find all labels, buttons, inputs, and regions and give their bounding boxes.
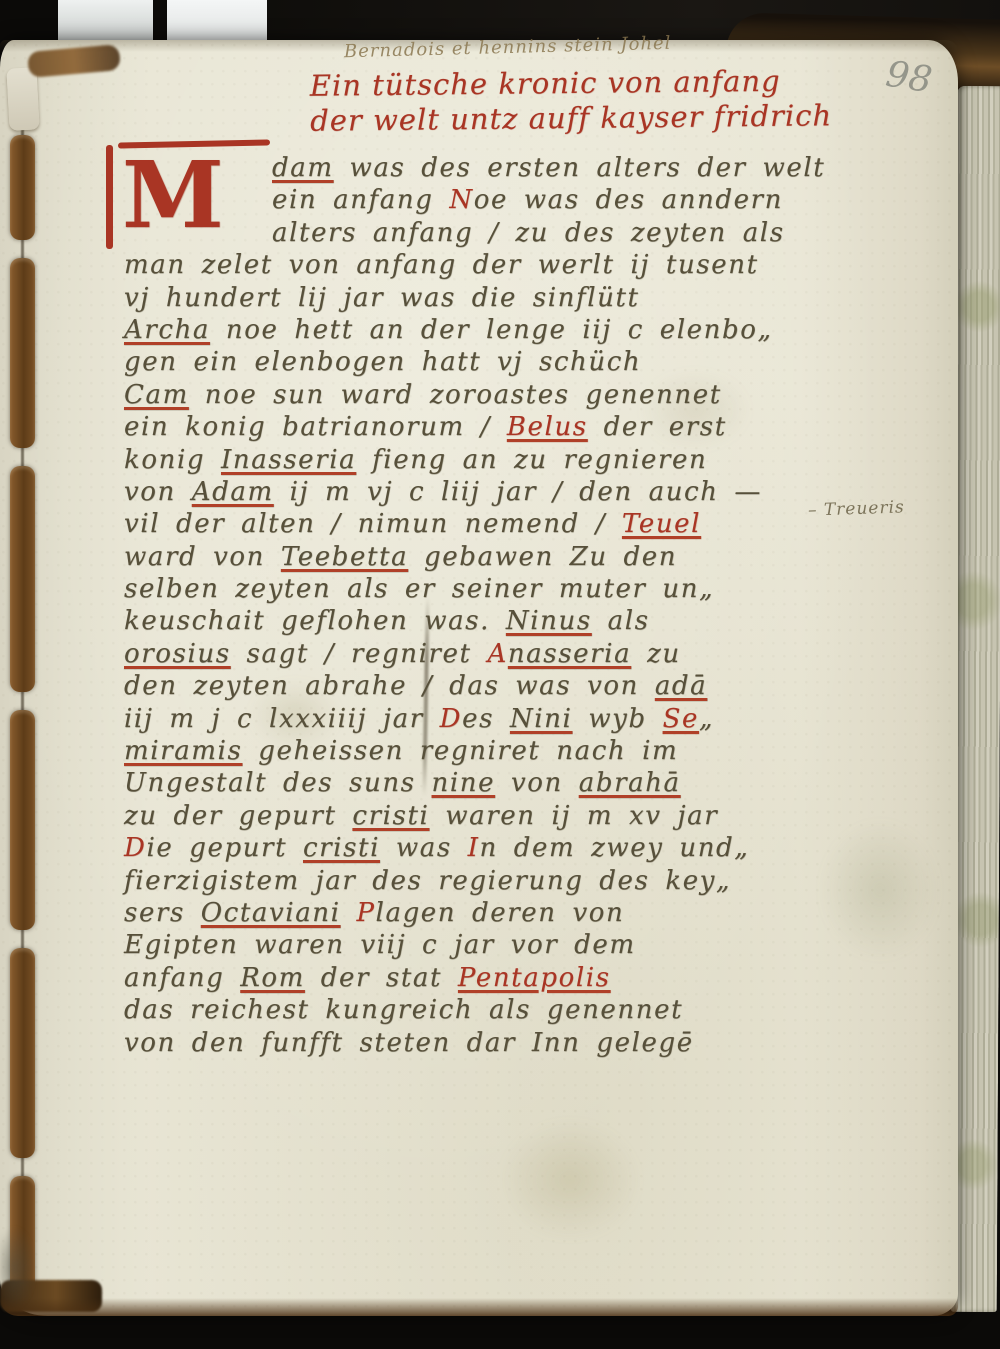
- leather-fragment-top: [27, 44, 121, 78]
- manuscript-line: alters anfang / zu des zeyten als: [272, 217, 884, 249]
- spine-knot: [6, 67, 39, 130]
- margin-note: – Treueris: [808, 496, 905, 521]
- owner-inscription: Bernadois et hennins stein Johel: [344, 32, 672, 65]
- binding-cord: [10, 710, 35, 930]
- manuscript-line: von den funfft steten dar Inn gelegē: [124, 1027, 884, 1059]
- binding-cord: [10, 135, 35, 240]
- text-block: dam was des ersten alters der weltein an…: [124, 152, 884, 1059]
- manuscript-line: konig Inasseria fieng an zu regnieren: [124, 444, 884, 476]
- manuscript-line: zu der gepurt cristi waren ij m xv jar: [124, 800, 884, 832]
- book-fore-edge-pages: [951, 86, 1000, 1312]
- manuscript-line: fierzigistem jar des regierung des key„: [124, 865, 884, 897]
- bookmark-tab-left: [58, 0, 153, 44]
- manuscript-line: ein anfang Noe was des anndern: [272, 184, 884, 216]
- binding-cord: [10, 466, 35, 692]
- manuscript-line: vj hundert lij jar was die sinflütt: [124, 282, 884, 314]
- manuscript-line: Egipten waren viij c jar vor dem: [124, 929, 884, 961]
- manuscript-photo: Bernadois et hennins stein Johel 98 Ein …: [0, 0, 1000, 1349]
- manuscript-line: von Adam ij m vj c liij jar / den auch —: [124, 476, 884, 508]
- manuscript-line: iij m j c lxxxiiij jar Des Nini wyb Se„: [124, 703, 884, 735]
- manuscript-line: sers Octaviani Plagen deren von: [124, 897, 884, 929]
- manuscript-line: selben zeyten als er seiner muter un„: [124, 573, 884, 605]
- binding-cord: [10, 258, 35, 448]
- manuscript-line: dam was des ersten alters der welt: [272, 152, 884, 184]
- manuscript-line: man zelet von anfang der werlt ij tusent: [124, 249, 884, 281]
- manuscript-line: Archa noe hett an der lenge iij c elenbo…: [124, 314, 884, 346]
- binding-cord: [10, 948, 35, 1158]
- manuscript-line: anfang Rom der stat Pentapolis: [124, 962, 884, 994]
- parchment-stain: [500, 1120, 640, 1240]
- manuscript-line: Die gepurt cristi was In dem zwey und„: [124, 832, 884, 864]
- rubric-title-line2: der welt untz auff kayser fridrich: [310, 98, 832, 138]
- manuscript-line: gen ein elenbogen hatt vj schüch: [124, 346, 884, 378]
- manuscript-line: vil der alten / nimun nemend / Teuel: [124, 508, 884, 540]
- smudge: [0, 1226, 36, 1310]
- manuscript-line: Cam noe sun ward zoroastes genennet: [124, 379, 884, 411]
- rubric-title: Ein tütsche kronic von anfang der welt u…: [310, 63, 833, 138]
- manuscript-line: den zeyten abrahe / das was von adā: [124, 670, 884, 702]
- rubric-title-line1: Ein tütsche kronic von anfang: [310, 63, 832, 103]
- folio-number: 98: [883, 55, 935, 102]
- manuscript-line: orosius sagt / regniret Anasseria zu: [124, 638, 884, 670]
- manuscript-line: das reichest kungreich als genennet: [124, 994, 884, 1026]
- manuscript-line: Ungestalt des suns nine von abrahā: [124, 767, 884, 799]
- manuscript-line: ein konig batrianorum / Belus der erst: [124, 411, 884, 443]
- manuscript-page: Bernadois et hennins stein Johel 98 Ein …: [0, 40, 958, 1316]
- manuscript-line: ward von Teebetta gebawen Zu den: [124, 541, 884, 573]
- manuscript-line: miramis geheissen regniret nach im: [124, 735, 884, 767]
- manuscript-line: keuschait geflohen was. Ninus als: [124, 605, 884, 637]
